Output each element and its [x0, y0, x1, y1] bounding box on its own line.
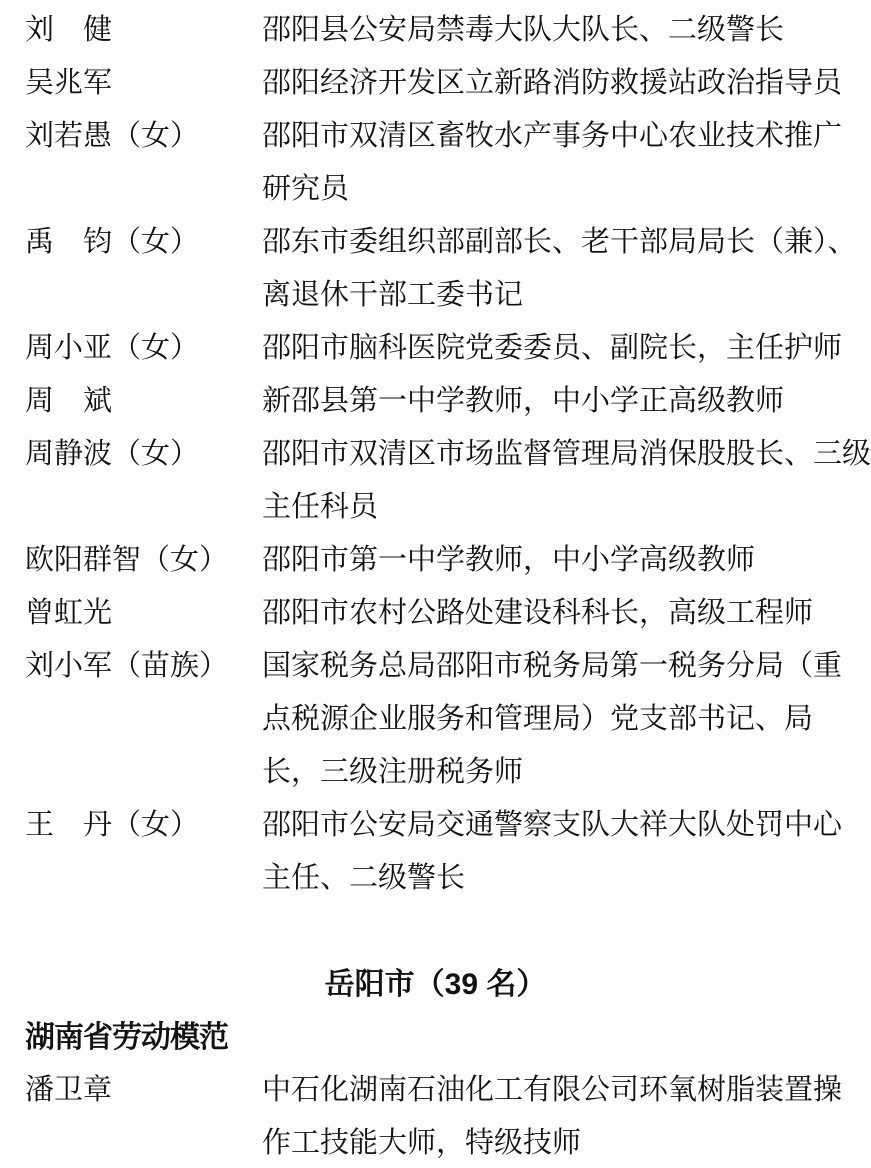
entry-position: 邵阳市双清区畜牧水产事务中心农业技术推广 研究员	[262, 110, 842, 216]
entry-position: 邵阳经济开发区立新路消防救援站政治指导员	[262, 57, 842, 110]
entry-name: 周静波（女）	[25, 428, 262, 481]
entry-row: 禹 钧（女） 邵东市委组织部副部长、老干部局局长（兼）、 离退休干部工委书记	[25, 216, 871, 322]
entry-row: 刘小军（苗族） 国家税务总局邵阳市税务局第一税务分局（重 点税源企业服务和管理局…	[25, 640, 871, 799]
entry-row: 刘若愚（女） 邵阳市双清区畜牧水产事务中心农业技术推广 研究员	[25, 110, 871, 216]
entry-name: 欧阳群智（女）	[25, 534, 262, 587]
entry-name: 潘卫章	[25, 1064, 262, 1117]
entry-position: 邵阳市公安局交通警察支队大祥大队处罚中心 主任、二级警长	[262, 799, 842, 905]
entry-name: 吴兆军	[25, 57, 262, 110]
entry-row: 周小亚（女） 邵阳市脑科医院党委委员、副院长，主任护师	[25, 322, 871, 375]
entry-position: 邵阳市农村公路处建设科科长，高级工程师	[262, 587, 813, 640]
entry-row: 周 斌 新邵县第一中学教师，中小学正高级教师	[25, 375, 871, 428]
entry-name: 刘若愚（女）	[25, 110, 262, 163]
entry-position: 邵阳县公安局禁毒大队大队长、二级警长	[262, 4, 784, 57]
entry-row: 王 丹（女） 邵阳市公安局交通警察支队大祥大队处罚中心 主任、二级警长	[25, 799, 871, 905]
entry-position: 国家税务总局邵阳市税务局第一税务分局（重 点税源企业服务和管理局）党支部书记、局…	[262, 640, 842, 799]
entry-position: 邵阳市双清区市场监督管理局消保股股长、三级 主任科员	[262, 428, 871, 534]
entry-position: 中石化湖南石油化工有限公司环氧树脂装置操 作工技能大师，特级技师	[262, 1064, 842, 1168]
entry-row: 刘 健 邵阳县公安局禁毒大队大队长、二级警长	[25, 4, 871, 57]
blank-line	[25, 905, 871, 958]
entry-name: 王 丹（女）	[25, 799, 262, 852]
entry-row: 欧阳群智（女） 邵阳市第一中学教师，中小学高级教师	[25, 534, 871, 587]
entry-name: 禹 钧（女）	[25, 216, 262, 269]
entry-position: 邵阳市脑科医院党委委员、副院长，主任护师	[262, 322, 842, 375]
entry-position: 新邵县第一中学教师，中小学正高级教师	[262, 375, 784, 428]
entry-position: 邵阳市第一中学教师，中小学高级教师	[262, 534, 755, 587]
entry-name: 周小亚（女）	[25, 322, 262, 375]
section-heading-category: 湖南省劳动模范	[25, 1011, 871, 1064]
entry-row: 周静波（女） 邵阳市双清区市场监督管理局消保股股长、三级 主任科员	[25, 428, 871, 534]
entry-position: 邵东市委组织部副部长、老干部局局长（兼）、 离退休干部工委书记	[262, 216, 857, 322]
entry-row: 吴兆军 邵阳经济开发区立新路消防救援站政治指导员	[25, 57, 871, 110]
entry-name: 周 斌	[25, 375, 262, 428]
section-heading-city: 岳阳市（39 名）	[25, 958, 846, 1011]
entry-name: 刘小军（苗族）	[25, 640, 262, 693]
document-page: 刘 健 邵阳县公安局禁毒大队大队长、二级警长 吴兆军 邵阳经济开发区立新路消防救…	[0, 0, 871, 1168]
entry-name: 曾虹光	[25, 587, 262, 640]
entry-name: 刘 健	[25, 4, 262, 57]
entry-row: 曾虹光 邵阳市农村公路处建设科科长，高级工程师	[25, 587, 871, 640]
entry-row: 潘卫章 中石化湖南石油化工有限公司环氧树脂装置操 作工技能大师，特级技师	[25, 1064, 871, 1168]
